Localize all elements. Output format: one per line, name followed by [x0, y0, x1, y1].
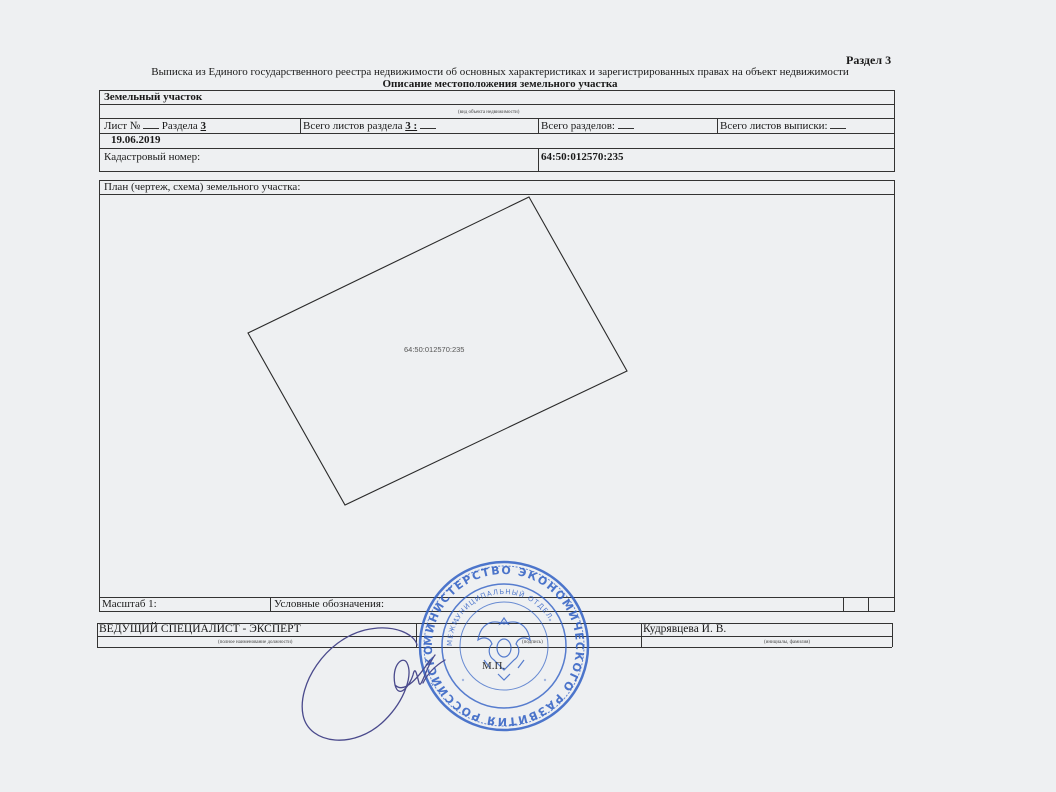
seal-placeholder-label: М.П. — [482, 660, 505, 672]
scale-label: Масштаб 1: — [102, 598, 157, 610]
handwritten-signature — [295, 605, 465, 750]
position-caption: (полное наименование должности) — [218, 640, 292, 645]
parcel-label: 64:50:012570:235 — [404, 345, 464, 354]
signatory-name: Кудрявцева И. В. — [643, 623, 726, 635]
name-caption: (инициалы, фамилия) — [764, 640, 810, 645]
signatory-position: ВЕДУЩИЙ СПЕЦИАЛИСТ - ЭКСПЕРТ — [99, 623, 301, 635]
